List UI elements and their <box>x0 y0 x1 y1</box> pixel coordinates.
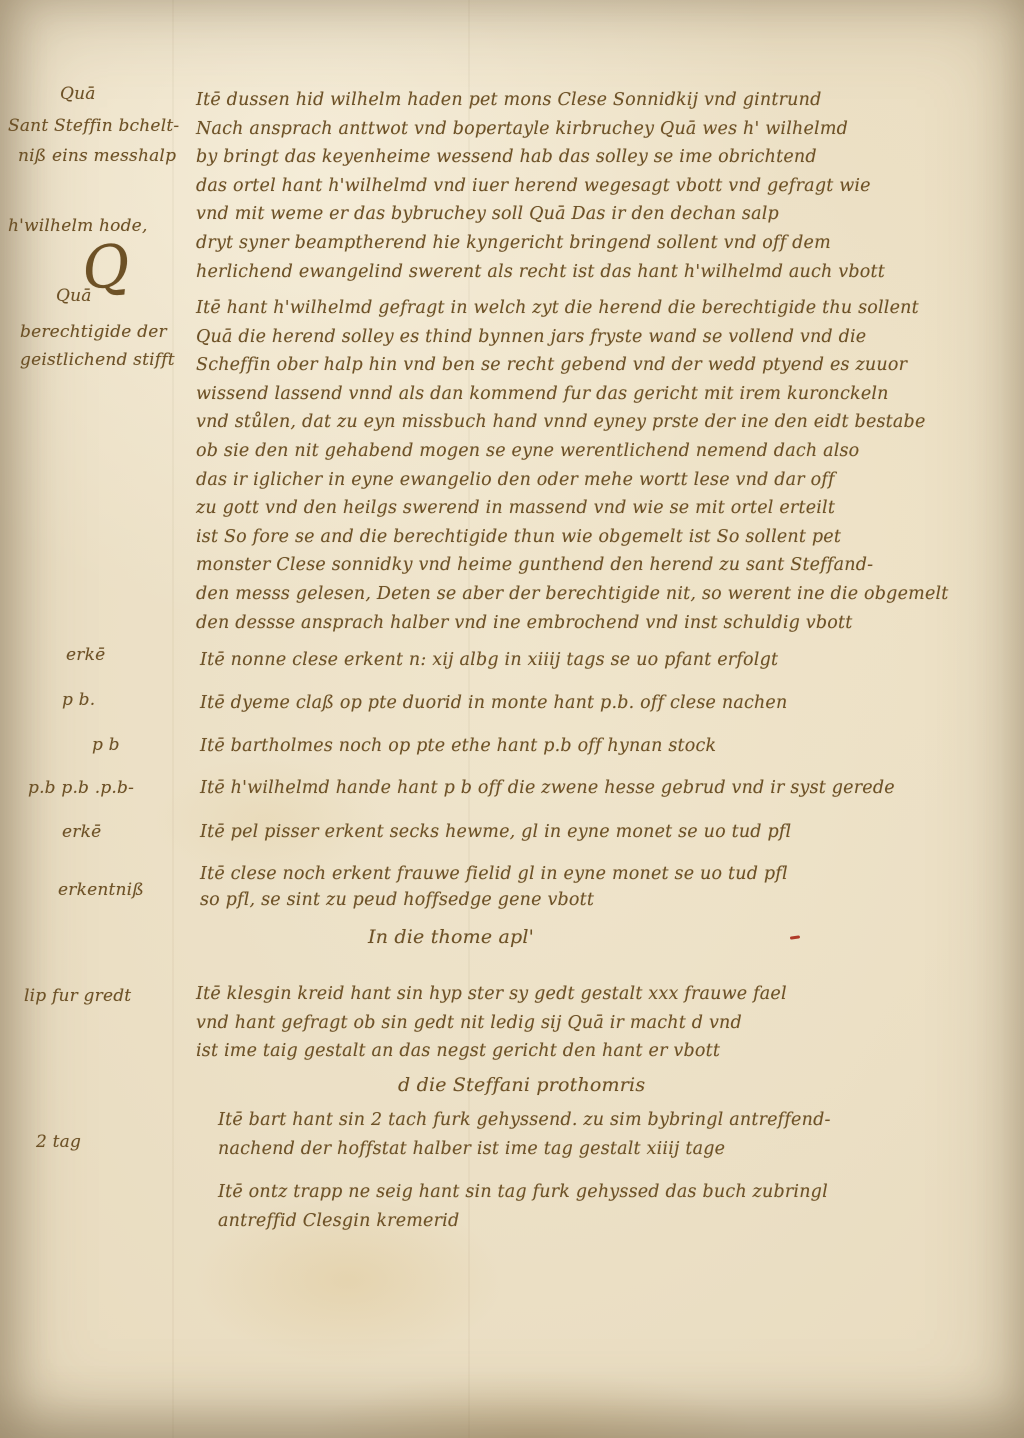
list-item: Itē nonne clese erkent n: xij albg in xi… <box>200 646 778 675</box>
text-line: vnd mit weme er das bybruchey soll Quā D… <box>196 200 1008 229</box>
text-line: Itē dussen hid wilhelm haden pet mons Cl… <box>196 86 1008 115</box>
margin-note-berechtigide-2: geistlichend stifft <box>20 350 175 370</box>
list-item: Itē clese noch erkent frauwe fielid gl i… <box>200 860 788 889</box>
text-line: Itē hant h'wilhelmd gefragt in welch zyt… <box>196 294 1008 323</box>
text-line: wissend lassend vnnd als dan kommend fur… <box>196 380 1008 409</box>
text-line: by bringt das keyenheime wessend hab das… <box>196 143 1008 172</box>
text-line: monster Clese sonnidky vnd heime gunthen… <box>196 551 1008 580</box>
margin-tag-pb-1: p b. <box>62 690 95 710</box>
paragraph-1: Itē dussen hid wilhelm haden pet mons Cl… <box>196 86 1008 286</box>
text-line: den messs gelesen, Deten se aber der ber… <box>196 580 1008 609</box>
margin-tag-pb-2: p b <box>92 735 120 755</box>
margin-note-berechtigide-1: berechtigide der <box>20 322 167 342</box>
text-line: ist ime taig gestalt an das negst gerich… <box>196 1037 1008 1066</box>
list-item: Itē bartholmes noch op pte ethe hant p.b… <box>200 732 716 761</box>
text-line: Itē ontz trapp ne seig hant sin tag furk… <box>218 1178 1008 1207</box>
text-line: das ortel hant h'wilhelmd vnd iuer heren… <box>196 172 1008 201</box>
text-line: antreffid Clesgin kremerid <box>218 1207 1008 1236</box>
margin-note-wilhelm-hode: h'wilhelm hode, <box>8 216 148 236</box>
margin-note-sant-steffin-2: niß eins messhalp <box>18 146 176 166</box>
paper-crease-left <box>172 0 174 1438</box>
margin-tag-erk-2: erkē <box>62 822 101 842</box>
text-line: das ir iglicher in eyne ewangelio den od… <box>196 466 1008 495</box>
section-heading-steffani: d die Steffani prothomris <box>398 1074 645 1096</box>
text-line: Itē bart hant sin 2 tach furk gehyssend.… <box>218 1106 1008 1135</box>
margin-tag-erk-1: erkē <box>66 645 105 665</box>
text-line: ob sie den nit gehabend mogen se eyne we… <box>196 437 1008 466</box>
text-line: Itē klesgin kreid hant sin hyp ster sy g… <box>196 980 1008 1009</box>
text-line: ist So fore se and die berechtigide thun… <box>196 523 1008 552</box>
text-line: herlichend ewangelind swerent als recht … <box>196 258 1008 287</box>
paragraph-5: Itē ontz trapp ne seig hant sin tag furk… <box>218 1178 1008 1235</box>
list-item-continuation: so pfl, se sint zu peud hoffsedge gene v… <box>200 886 594 915</box>
text-line: zu gott vnd den heilgs swerend in massen… <box>196 494 1008 523</box>
text-line: vnd stůlen, dat zu eyn missbuch hand vnn… <box>196 408 1008 437</box>
margin-note-qua-mid: Quā <box>56 286 92 306</box>
text-line: nachend der hoffstat halber ist ime tag … <box>218 1135 1008 1164</box>
margin-tag-2-tag: 2 tag <box>36 1132 81 1152</box>
list-item: Itē dyeme claß op pte duorid in monte ha… <box>200 689 787 718</box>
text-line: Nach ansprach anttwot vnd bopertayle kir… <box>196 115 1008 144</box>
margin-tag-erkentnis: erkentniß <box>58 880 144 900</box>
margin-note-qua-top: Quā <box>60 84 96 104</box>
paragraph-2: Itē hant h'wilhelmd gefragt in welch zyt… <box>196 294 1008 637</box>
paragraph-4: Itē bart hant sin 2 tach furk gehyssend.… <box>218 1106 1008 1163</box>
text-line: Quā die herend solley es thind bynnen ja… <box>196 323 1008 352</box>
margin-tag-pb-3: p.b p.b .p.b- <box>28 778 134 798</box>
red-ink-mark <box>790 935 800 939</box>
margin-note-sant-steffin-1: Sant Steffin bchelt- <box>8 116 179 136</box>
text-line: Scheffin ober halp hin vnd ben se recht … <box>196 351 1008 380</box>
text-line: den dessse ansprach halber vnd ine embro… <box>196 609 1008 638</box>
paragraph-3: Itē klesgin kreid hant sin hyp ster sy g… <box>196 980 1008 1066</box>
section-heading-thome: In die thome apl' <box>368 926 534 948</box>
list-item: Itē pel pisser erkent secks hewme, gl in… <box>200 818 791 847</box>
margin-tag-lip-fur-gredt: lip fur gredt <box>24 986 131 1006</box>
text-line: dryt syner beamptherend hie kyngericht b… <box>196 229 1008 258</box>
list-item: Itē h'wilhelmd hande hant p b off die zw… <box>200 774 895 803</box>
manuscript-page: Quā Sant Steffin bchelt- niß eins messha… <box>0 0 1024 1438</box>
text-line: vnd hant gefragt ob sin gedt nit ledig s… <box>196 1009 1008 1038</box>
